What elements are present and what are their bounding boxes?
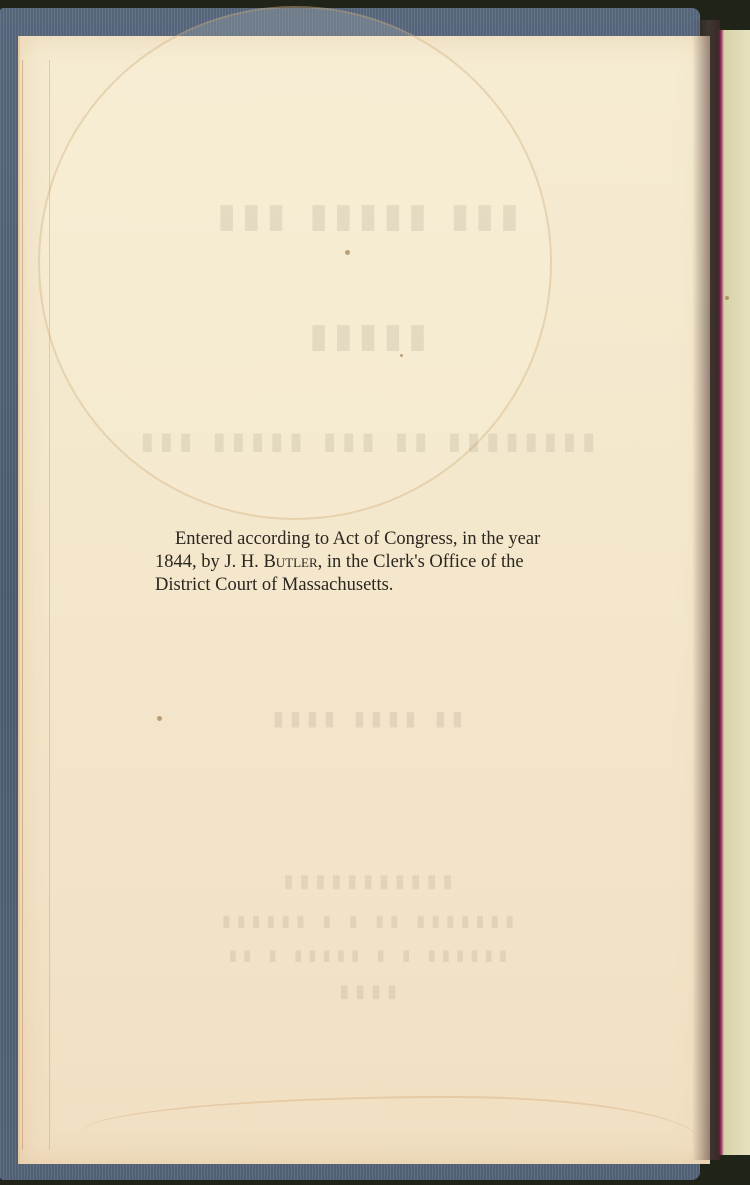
show-through-text: ▮▮▮▮▮	[20, 316, 710, 356]
foxing-spot	[345, 250, 350, 255]
show-through-text: ▮▮▮▮	[20, 981, 710, 1002]
gutter-shadow	[692, 20, 720, 1160]
foxing-spot	[400, 354, 403, 357]
copyright-line-2-prefix: 1844, by J. H.	[155, 552, 263, 572]
page-edges	[22, 60, 50, 1150]
show-through-text: ▮▮▮▮▮▮▮▮ ▮▮ ▮▮▮ ▮▮▮▮▮ ▮▮▮	[20, 426, 710, 455]
copyright-line-2: 1844, by J. H. Butler, in the Clerk's Of…	[155, 551, 625, 574]
show-through-text: ▮▮▮▮▮▮▮ ▮▮ ▮ ▮ ▮▮▮▮▮▮	[20, 911, 710, 930]
facing-page-edge	[718, 30, 750, 1155]
foxing-spot	[725, 296, 729, 300]
copyright-line-1: Entered according to Act of Congress, in…	[155, 528, 625, 551]
foxing-spot	[157, 716, 162, 721]
book-page: ▮▮▮ ▮▮▮▮▮ ▮▮▮ ▮▮▮▮▮ ▮▮▮▮▮▮▮▮ ▮▮ ▮▮▮ ▮▮▮▮…	[18, 36, 710, 1164]
show-through-text: ▮▮▮ ▮▮▮▮▮ ▮▮▮	[20, 196, 710, 236]
copyright-notice: Entered according to Act of Congress, in…	[155, 528, 625, 597]
show-through-text: ▮▮▮▮▮▮▮▮▮▮▮	[20, 871, 710, 892]
author-name: Butler	[263, 552, 317, 572]
copyright-line-3: District Court of Massachusetts.	[155, 574, 625, 597]
water-stain-bottom	[80, 1096, 700, 1185]
show-through-text: ▮▮ ▮▮▮▮ ▮▮▮▮	[20, 706, 710, 730]
copyright-line-2-suffix: , in the Clerk's Office of the	[318, 552, 524, 572]
show-through-text: ▮▮▮▮▮▮ ▮ ▮ ▮▮▮▮▮ ▮ ▮▮	[20, 946, 710, 964]
